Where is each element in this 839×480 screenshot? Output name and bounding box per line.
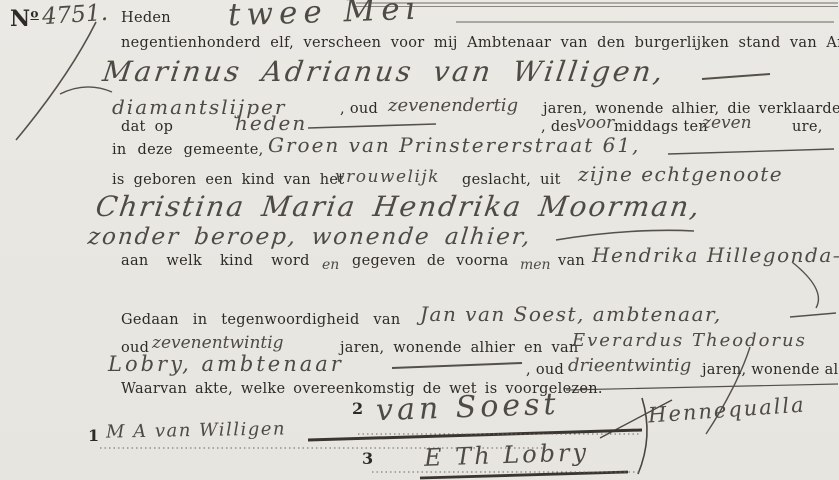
printed-names-van: van xyxy=(558,253,585,269)
registrar-signature: Hennequalla xyxy=(647,393,806,428)
scanned-birth-record: No 4751. Heden twee Mei negentienhonderd… xyxy=(0,0,839,480)
record-number-value: 4751. xyxy=(41,0,109,30)
lobry-dash xyxy=(392,363,522,368)
signature-bracket-stroke xyxy=(638,398,647,474)
printed-names-part2: gegeven de voorna xyxy=(352,253,509,269)
printed-geslacht-uit: geslacht, uit xyxy=(462,172,561,188)
printed-opening-line: negentienhonderd elf, verscheen voor mij… xyxy=(121,35,839,51)
hw-names-insert2: men xyxy=(520,257,551,273)
printed-gedaan: Gedaan in tegenwoordigheid van xyxy=(121,312,401,328)
occupation-swash xyxy=(60,87,112,94)
hw-address: Groen van Prinstererstraat 61, xyxy=(268,133,640,157)
printed-names-part1: aan welk kind word xyxy=(121,253,310,269)
margin-flourish xyxy=(16,22,96,140)
address-dash xyxy=(668,149,834,154)
hw-witness2-age: drieentwintig xyxy=(568,355,691,376)
record-number-ordinal: o xyxy=(30,7,38,21)
printed-witness-mid: jaren, wonende alhier en van xyxy=(340,340,579,356)
closing-rule xyxy=(566,384,838,390)
signature3-number: 3 xyxy=(362,449,373,468)
hw-birth-day: heden xyxy=(235,111,307,135)
heden-dash xyxy=(308,124,436,128)
hw-mother-name: Christina Maria Hendrika Moorman, xyxy=(94,190,704,223)
hw-act-date: twee Mei xyxy=(227,0,422,33)
hw-witness1-age: zevenentwintig xyxy=(152,333,284,353)
signature3: E Th Lobry xyxy=(424,438,590,472)
hw-mother-occupation: zonder beroep, wonende alhier, xyxy=(87,224,533,250)
printed-geboren: is geboren een kind van het xyxy=(112,172,344,188)
hw-witness2-name2: Lobry, ambtenaar xyxy=(108,352,344,376)
hw-hour: zeven xyxy=(702,113,752,133)
printed-gemeente: in deze gemeente, xyxy=(112,142,264,158)
heavy-underline-1 xyxy=(308,430,642,440)
printed-ure: ure, xyxy=(792,119,823,135)
hw-declarant-age: zevenendertig xyxy=(388,95,518,116)
hw-relation: zijne echtgenoote xyxy=(578,162,783,186)
hw-declarant-name: Marinus Adrianus van Willigen, xyxy=(101,55,668,88)
record-number: No xyxy=(10,6,39,32)
signature1: M A van Willigen xyxy=(106,418,286,442)
witness1-dash xyxy=(790,313,836,317)
record-number-prefix: N xyxy=(10,6,30,32)
signature2: van Soest xyxy=(375,387,560,428)
signature2-number: 2 xyxy=(352,399,363,418)
heavy-underline-2 xyxy=(420,472,628,478)
hw-sex: vrouwelijk xyxy=(335,167,440,187)
hw-names-insert1: en xyxy=(322,257,339,273)
hw-child-names: Hendrika Hillegonda— xyxy=(592,243,839,267)
alhier-tail-stroke xyxy=(556,230,694,240)
printed-witness-end: jaren, wonende alhier. xyxy=(702,362,839,378)
hw-witness1: Jan van Soest, ambtenaar, xyxy=(420,302,722,326)
signature1-number: 1 xyxy=(88,426,99,445)
printed-heden: Heden xyxy=(121,10,171,26)
hw-daypart: voor xyxy=(576,113,614,133)
hillegonda-tail-stroke xyxy=(792,262,819,308)
printed-oud3: , oud xyxy=(526,362,564,378)
name-trailing-dash xyxy=(702,74,770,79)
printed-oud: , oud xyxy=(340,101,378,117)
printed-dat-op: dat op xyxy=(121,119,173,135)
hw-witness2-name1: Everardus Theodorus xyxy=(572,330,807,351)
